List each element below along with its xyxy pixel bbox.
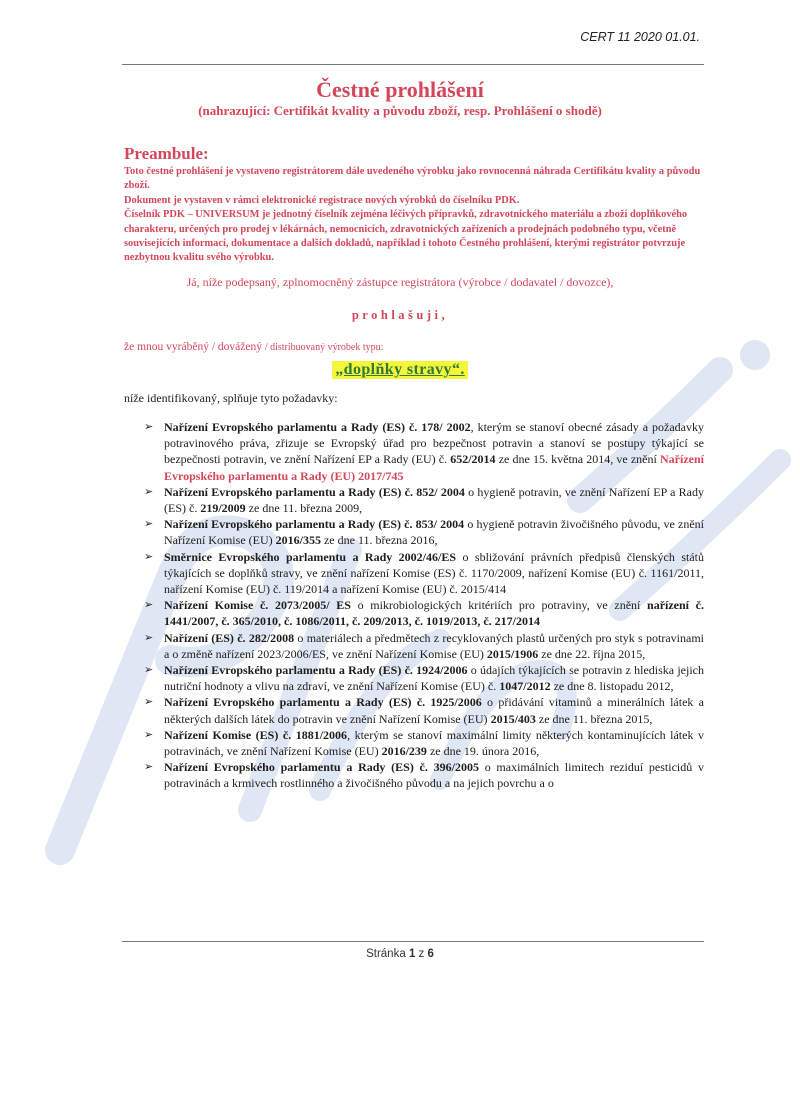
arrow-bullet-icon: ➢ xyxy=(144,727,153,743)
requirement-text: ze dne 11. března 2016, xyxy=(321,533,438,547)
regulation-reference: 2016/355 xyxy=(276,533,321,547)
certificate-code: CERT 11 2020 01.01. xyxy=(580,30,700,44)
regulation-reference: 652/2014 xyxy=(450,452,495,466)
regulation-reference: Nařízení (ES) č. 282/2008 xyxy=(164,631,294,645)
requirement-text: ze dne 8. listopadu 2012, xyxy=(551,679,674,693)
page-total: 6 xyxy=(428,948,434,960)
requirement-text: ze dne 22. října 2015, xyxy=(538,647,645,661)
regulation-reference: Směrnice Evropského parlamentu a Rady 20… xyxy=(164,550,456,564)
declaration-verb: prohlašuji, xyxy=(0,308,800,323)
requirement-text: ze dne 11. března 2015, xyxy=(536,712,653,726)
regulation-reference: 2016/239 xyxy=(382,744,427,758)
product-line-small: / distribuovaný výrobek typu: xyxy=(265,342,384,353)
arrow-bullet-icon: ➢ xyxy=(144,516,153,532)
requirement-text: ze dne 11. března 2009, xyxy=(246,501,363,515)
requirement-item: ➢Nařízení Evropského parlamentu a Rady (… xyxy=(144,662,704,694)
arrow-bullet-icon: ➢ xyxy=(144,662,153,678)
regulation-reference: Nařízení Evropského parlamentu a Rady (E… xyxy=(164,485,465,499)
requirements-intro: níže identifikovaný, splňuje tyto požada… xyxy=(124,391,338,406)
requirement-item: ➢Nařízení Komise (ES) č. 1881/2006, kter… xyxy=(144,727,704,759)
requirement-item: ➢Nařízení Evropského parlamentu a Rady (… xyxy=(144,759,704,791)
arrow-bullet-icon: ➢ xyxy=(144,759,153,775)
regulation-reference: Nařízení Evropského parlamentu a Rady (E… xyxy=(164,663,467,677)
regulation-reference: Nařízení Komise č. 2073/2005/ ES xyxy=(164,598,351,612)
arrow-bullet-icon: ➢ xyxy=(144,630,153,646)
arrow-bullet-icon: ➢ xyxy=(144,419,153,435)
signatory-statement: Já, níže podepsaný, zplnomocněný zástupc… xyxy=(0,275,800,290)
requirement-item: ➢Nařízení Komise č. 2073/2005/ ES o mikr… xyxy=(144,597,704,629)
regulation-reference: Nařízení Evropského parlamentu a Rady (E… xyxy=(164,760,479,774)
arrow-bullet-icon: ➢ xyxy=(144,484,153,500)
regulation-reference: 2015/403 xyxy=(491,712,536,726)
preamble-paragraph: Toto čestné prohlášení je vystaveno regi… xyxy=(124,165,704,194)
document-subtitle: (nahrazující: Certifikát kvality a původ… xyxy=(0,103,800,119)
page-number: Stránka 1 z 6 xyxy=(0,948,800,960)
requirement-item: ➢Nařízení (ES) č. 282/2008 o materiálech… xyxy=(144,630,704,662)
requirement-item: ➢Směrnice Evropského parlamentu a Rady 2… xyxy=(144,549,704,598)
regulation-reference: Nařízení Evropského parlamentu a Rady (E… xyxy=(164,695,482,709)
arrow-bullet-icon: ➢ xyxy=(144,597,153,613)
requirement-text: ze dne 19. února 2016, xyxy=(427,744,539,758)
product-type-container: „doplňky stravy“. xyxy=(0,361,800,379)
regulation-reference: Nařízení Evropského parlamentu a Rady (E… xyxy=(164,420,471,434)
preamble-heading: Preambule: xyxy=(124,144,209,164)
footer-divider xyxy=(122,941,704,942)
page-current: 1 xyxy=(409,948,415,960)
regulation-reference: Nařízení Evropského parlamentu a Rady (E… xyxy=(164,517,464,531)
regulation-reference: 219/2009 xyxy=(200,501,245,515)
requirements-list: ➢Nařízení Evropského parlamentu a Rady (… xyxy=(144,419,704,792)
header-divider xyxy=(122,64,704,65)
arrow-bullet-icon: ➢ xyxy=(144,694,153,710)
requirement-text: ze dne 15. května 2014, ve znění xyxy=(496,452,660,466)
page-separator: z xyxy=(419,948,425,960)
preamble-paragraph: Číselník PDK – UNIVERSUM je jednotný čís… xyxy=(124,208,704,266)
page-label: Stránka xyxy=(366,948,406,960)
arrow-bullet-icon: ➢ xyxy=(144,549,153,565)
requirement-text: o mikrobiologických kritériích pro potra… xyxy=(351,598,647,612)
requirement-item: ➢Nařízení Evropského parlamentu a Rady (… xyxy=(144,694,704,726)
product-type-highlight: „doplňky stravy“. xyxy=(332,361,468,379)
preamble-text: Toto čestné prohlášení je vystaveno regi… xyxy=(124,165,704,266)
requirement-item: ➢Nařízení Evropského parlamentu a Rady (… xyxy=(144,516,704,548)
product-line: že mnou vyráběný / dovážený / distribuov… xyxy=(124,341,383,353)
document-title: Čestné prohlášení xyxy=(0,77,800,103)
product-line-main: že mnou vyráběný / dovážený xyxy=(124,341,265,353)
preamble-paragraph: Dokument je vystaven v rámci elektronick… xyxy=(124,194,704,208)
regulation-reference: Nařízení Komise (ES) č. 1881/2006 xyxy=(164,728,347,742)
requirement-item: ➢Nařízení Evropského parlamentu a Rady (… xyxy=(144,484,704,516)
regulation-reference: 1047/2012 xyxy=(499,679,550,693)
requirement-item: ➢Nařízení Evropského parlamentu a Rady (… xyxy=(144,419,704,484)
regulation-reference: 2015/1906 xyxy=(487,647,538,661)
